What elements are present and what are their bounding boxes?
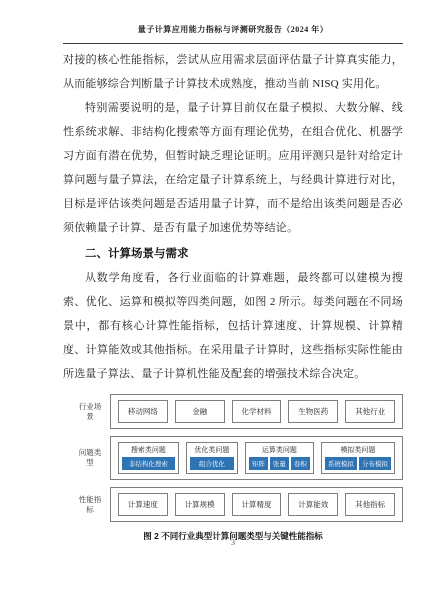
problem-chip: 矩阵 [249, 457, 268, 470]
problem-chips: 矩阵 张量 卷积 [249, 457, 310, 470]
problem-chips: 系统模拟 分布模拟 [325, 457, 391, 470]
section-heading: 二、计算场景与需求 [63, 247, 403, 261]
paragraph-continuation: 对接的核心性能指标，尝试从应用需求层面评估量子计算真实能力，从而能够综合判断量子… [63, 48, 403, 96]
problem-chip: 非结构化搜索 [122, 457, 175, 470]
problem-group-title: 模拟类问题 [325, 445, 391, 455]
problem-group-title: 运算类问题 [249, 445, 310, 455]
row-label-metrics: 性能指标 [77, 495, 103, 515]
industry-item: 移动网络 [118, 400, 168, 423]
metric-item: 其他指标 [345, 493, 395, 516]
page-header: 量子计算应用能力指标与评测研究报告（2024 年） [63, 24, 403, 44]
problem-group-optimization: 优化类问题 组合优化 [186, 442, 238, 474]
industry-item: 金融 [175, 400, 225, 423]
problem-chip: 组合优化 [190, 457, 234, 470]
problem-group-title: 搜索类问题 [122, 445, 175, 455]
header-rule [63, 43, 403, 44]
row-label-problem-types: 问题类型 [77, 448, 103, 468]
problem-chip: 系统模拟 [325, 457, 357, 470]
page-number: 3 [231, 538, 235, 547]
metric-item: 计算速度 [118, 493, 168, 516]
metric-item: 计算精度 [232, 493, 282, 516]
problem-chip: 张量 [270, 457, 289, 470]
problem-chip: 卷积 [291, 457, 310, 470]
page-footer: 3 [63, 538, 403, 547]
industry-item: 其他行业 [345, 400, 395, 423]
problem-group-simulation: 模拟类问题 系统模拟 分布模拟 [321, 442, 395, 474]
figure-2: 行业场景 移动网络 金融 化学材料 生物医药 其他行业 问题类型 搜索类问题 非… [63, 394, 403, 542]
problem-group-title: 优化类问题 [190, 445, 234, 455]
industry-item: 化学材料 [232, 400, 282, 423]
row-box-problem-types: 搜索类问题 非结构化搜索 优化类问题 组合优化 运算类问题 矩阵 张量 [110, 436, 403, 480]
paragraph-notes: 特别需要说明的是，量子计算目前仅在量子模拟、大数分解、线性系统求解、非结构化搜索… [63, 96, 403, 240]
paragraph-scenarios: 从数学角度看，各行业面临的计算难题，最终都可以建模为搜索、优化、运算和模拟等四类… [63, 266, 403, 386]
row-box-industry: 移动网络 金融 化学材料 生物医药 其他行业 [110, 394, 403, 429]
industry-item: 生物医药 [288, 400, 338, 423]
running-header-title: 量子计算应用能力指标与评测研究报告（2024 年） [63, 24, 403, 35]
problem-chips: 非结构化搜索 [122, 457, 175, 470]
problem-group-computation: 运算类问题 矩阵 张量 卷积 [245, 442, 314, 474]
document-page: 量子计算应用能力指标与评测研究报告（2024 年） 对接的核心性能指标，尝试从应… [0, 0, 442, 600]
figure-row-industry: 行业场景 移动网络 金融 化学材料 生物医药 其他行业 [63, 394, 403, 429]
problem-chip: 分布模拟 [359, 457, 391, 470]
body-text: 对接的核心性能指标，尝试从应用需求层面评估量子计算真实能力，从而能够综合判断量子… [63, 48, 403, 386]
row-box-metrics: 计算速度 计算规模 计算精度 计算能效 其他指标 [110, 487, 403, 522]
problem-group-search: 搜索类问题 非结构化搜索 [118, 442, 179, 474]
row-label-industry: 行业场景 [77, 402, 103, 422]
figure-row-metrics: 性能指标 计算速度 计算规模 计算精度 计算能效 其他指标 [63, 487, 403, 522]
metric-item: 计算规模 [175, 493, 225, 516]
figure-row-problem-types: 问题类型 搜索类问题 非结构化搜索 优化类问题 组合优化 运算类问题 [63, 436, 403, 480]
problem-chips: 组合优化 [190, 457, 234, 470]
metric-item: 计算能效 [288, 493, 338, 516]
